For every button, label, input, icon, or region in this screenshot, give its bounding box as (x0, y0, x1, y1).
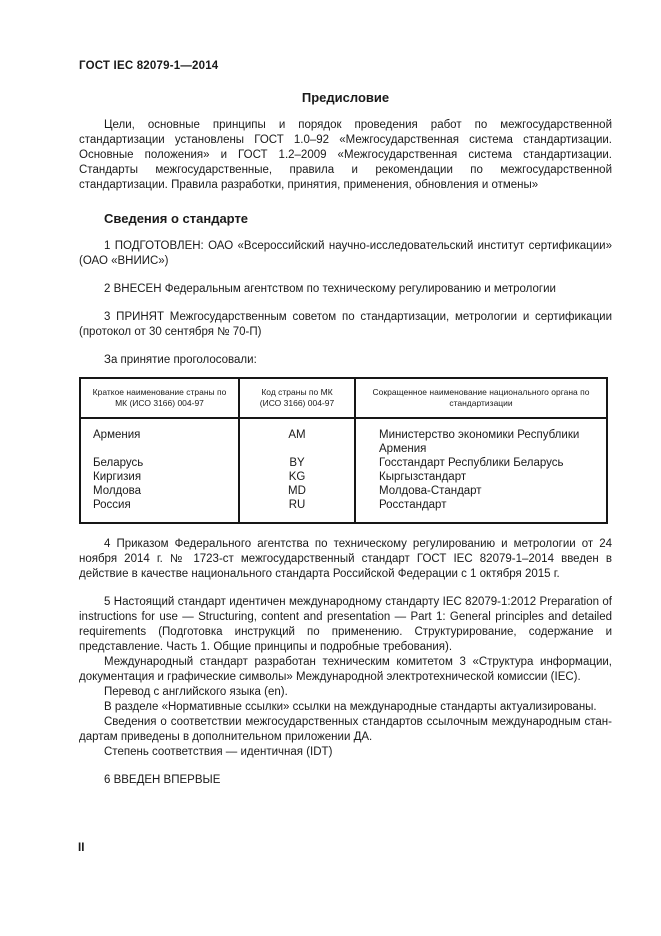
table-cell-body: Госстандарт Республики Беларусь (355, 456, 607, 470)
standard-info-item-6: 6 ВВЕДЕН ВПЕРВЫЕ (79, 773, 612, 788)
table-cell-country: Беларусь (80, 456, 239, 470)
standard-info-item-5: 5 Настоящий стандарт идентичен междунаро… (79, 595, 612, 655)
item-5-committee-note: Международный стандарт разработан технич… (79, 655, 612, 685)
table-header-body: Сокращенное наименование национального о… (355, 378, 607, 418)
table-cell-code: RU (239, 498, 355, 523)
votes-table: Краткое наименование страны по МК (ИСО 3… (79, 377, 608, 524)
table-row: Россия RU Росстандарт (80, 498, 607, 523)
table-cell-body: Росстандарт (355, 498, 607, 523)
item-5-translation-note: Перевод с английского языка (en). (79, 685, 612, 700)
table-cell-code: MD (239, 484, 355, 498)
item-5-degree-note: Степень соответствия — идентичная (IDT) (79, 745, 612, 760)
document-designation: ГОСТ IEC 82079-1—2014 (79, 59, 612, 74)
table-cell-country: Россия (80, 498, 239, 523)
table-header-row: Краткое наименование страны по МК (ИСО 3… (80, 378, 607, 418)
page-content: ГОСТ IEC 82079-1—2014 Предисловие Цели, … (79, 59, 612, 788)
table-cell-body: Молдова-Стандарт (355, 484, 607, 498)
standard-info-item-3: 3 ПРИНЯТ Межгосударственным советом по с… (79, 310, 612, 340)
standard-info-item-2: 2 ВНЕСЕН Федеральным агентством по техни… (79, 282, 612, 297)
standard-info-item-1: 1 ПОДГОТОВЛЕН: ОАО «Всероссийский научно… (79, 239, 612, 269)
table-header-code: Код страны по МК (ИСО 3166) 004-97 (239, 378, 355, 418)
table-row: Армения AM Министерство экономики Респуб… (80, 418, 607, 456)
table-cell-country: Армения (80, 418, 239, 456)
table-cell-body: Министерство экономики Республики Армени… (355, 418, 607, 456)
table-cell-code: AM (239, 418, 355, 456)
table-row: Киргизия KG Кыргызстандарт (80, 470, 607, 484)
table-cell-code: KG (239, 470, 355, 484)
table-row: Молдова MD Молдова-Стандарт (80, 484, 607, 498)
vote-intro-line: За принятие проголосовали: (79, 353, 612, 368)
document-page: ГОСТ IEC 82079-1—2014 Предисловие Цели, … (0, 0, 661, 936)
page-title: Предисловие (79, 90, 612, 105)
intro-paragraph: Цели, основные принципы и порядок провед… (79, 118, 612, 193)
table-cell-country: Киргизия (80, 470, 239, 484)
item-5-references-note: В разделе «Нормативные ссылки» ссылки на… (79, 700, 612, 715)
table-row: Беларусь BY Госстандарт Республики Белар… (80, 456, 607, 470)
table-cell-country: Молдова (80, 484, 239, 498)
standard-info-item-4: 4 Приказом Федерального агентства по тех… (79, 537, 612, 582)
section-heading: Сведения о стандарте (79, 211, 612, 226)
table-header-country: Краткое наименование страны по МК (ИСО 3… (80, 378, 239, 418)
table-cell-code: BY (239, 456, 355, 470)
table-cell-body: Кыргызстандарт (355, 470, 607, 484)
item-5-compliance-note: Сведения о соответствии межгосударственн… (79, 715, 612, 745)
page-number: II (78, 841, 84, 856)
